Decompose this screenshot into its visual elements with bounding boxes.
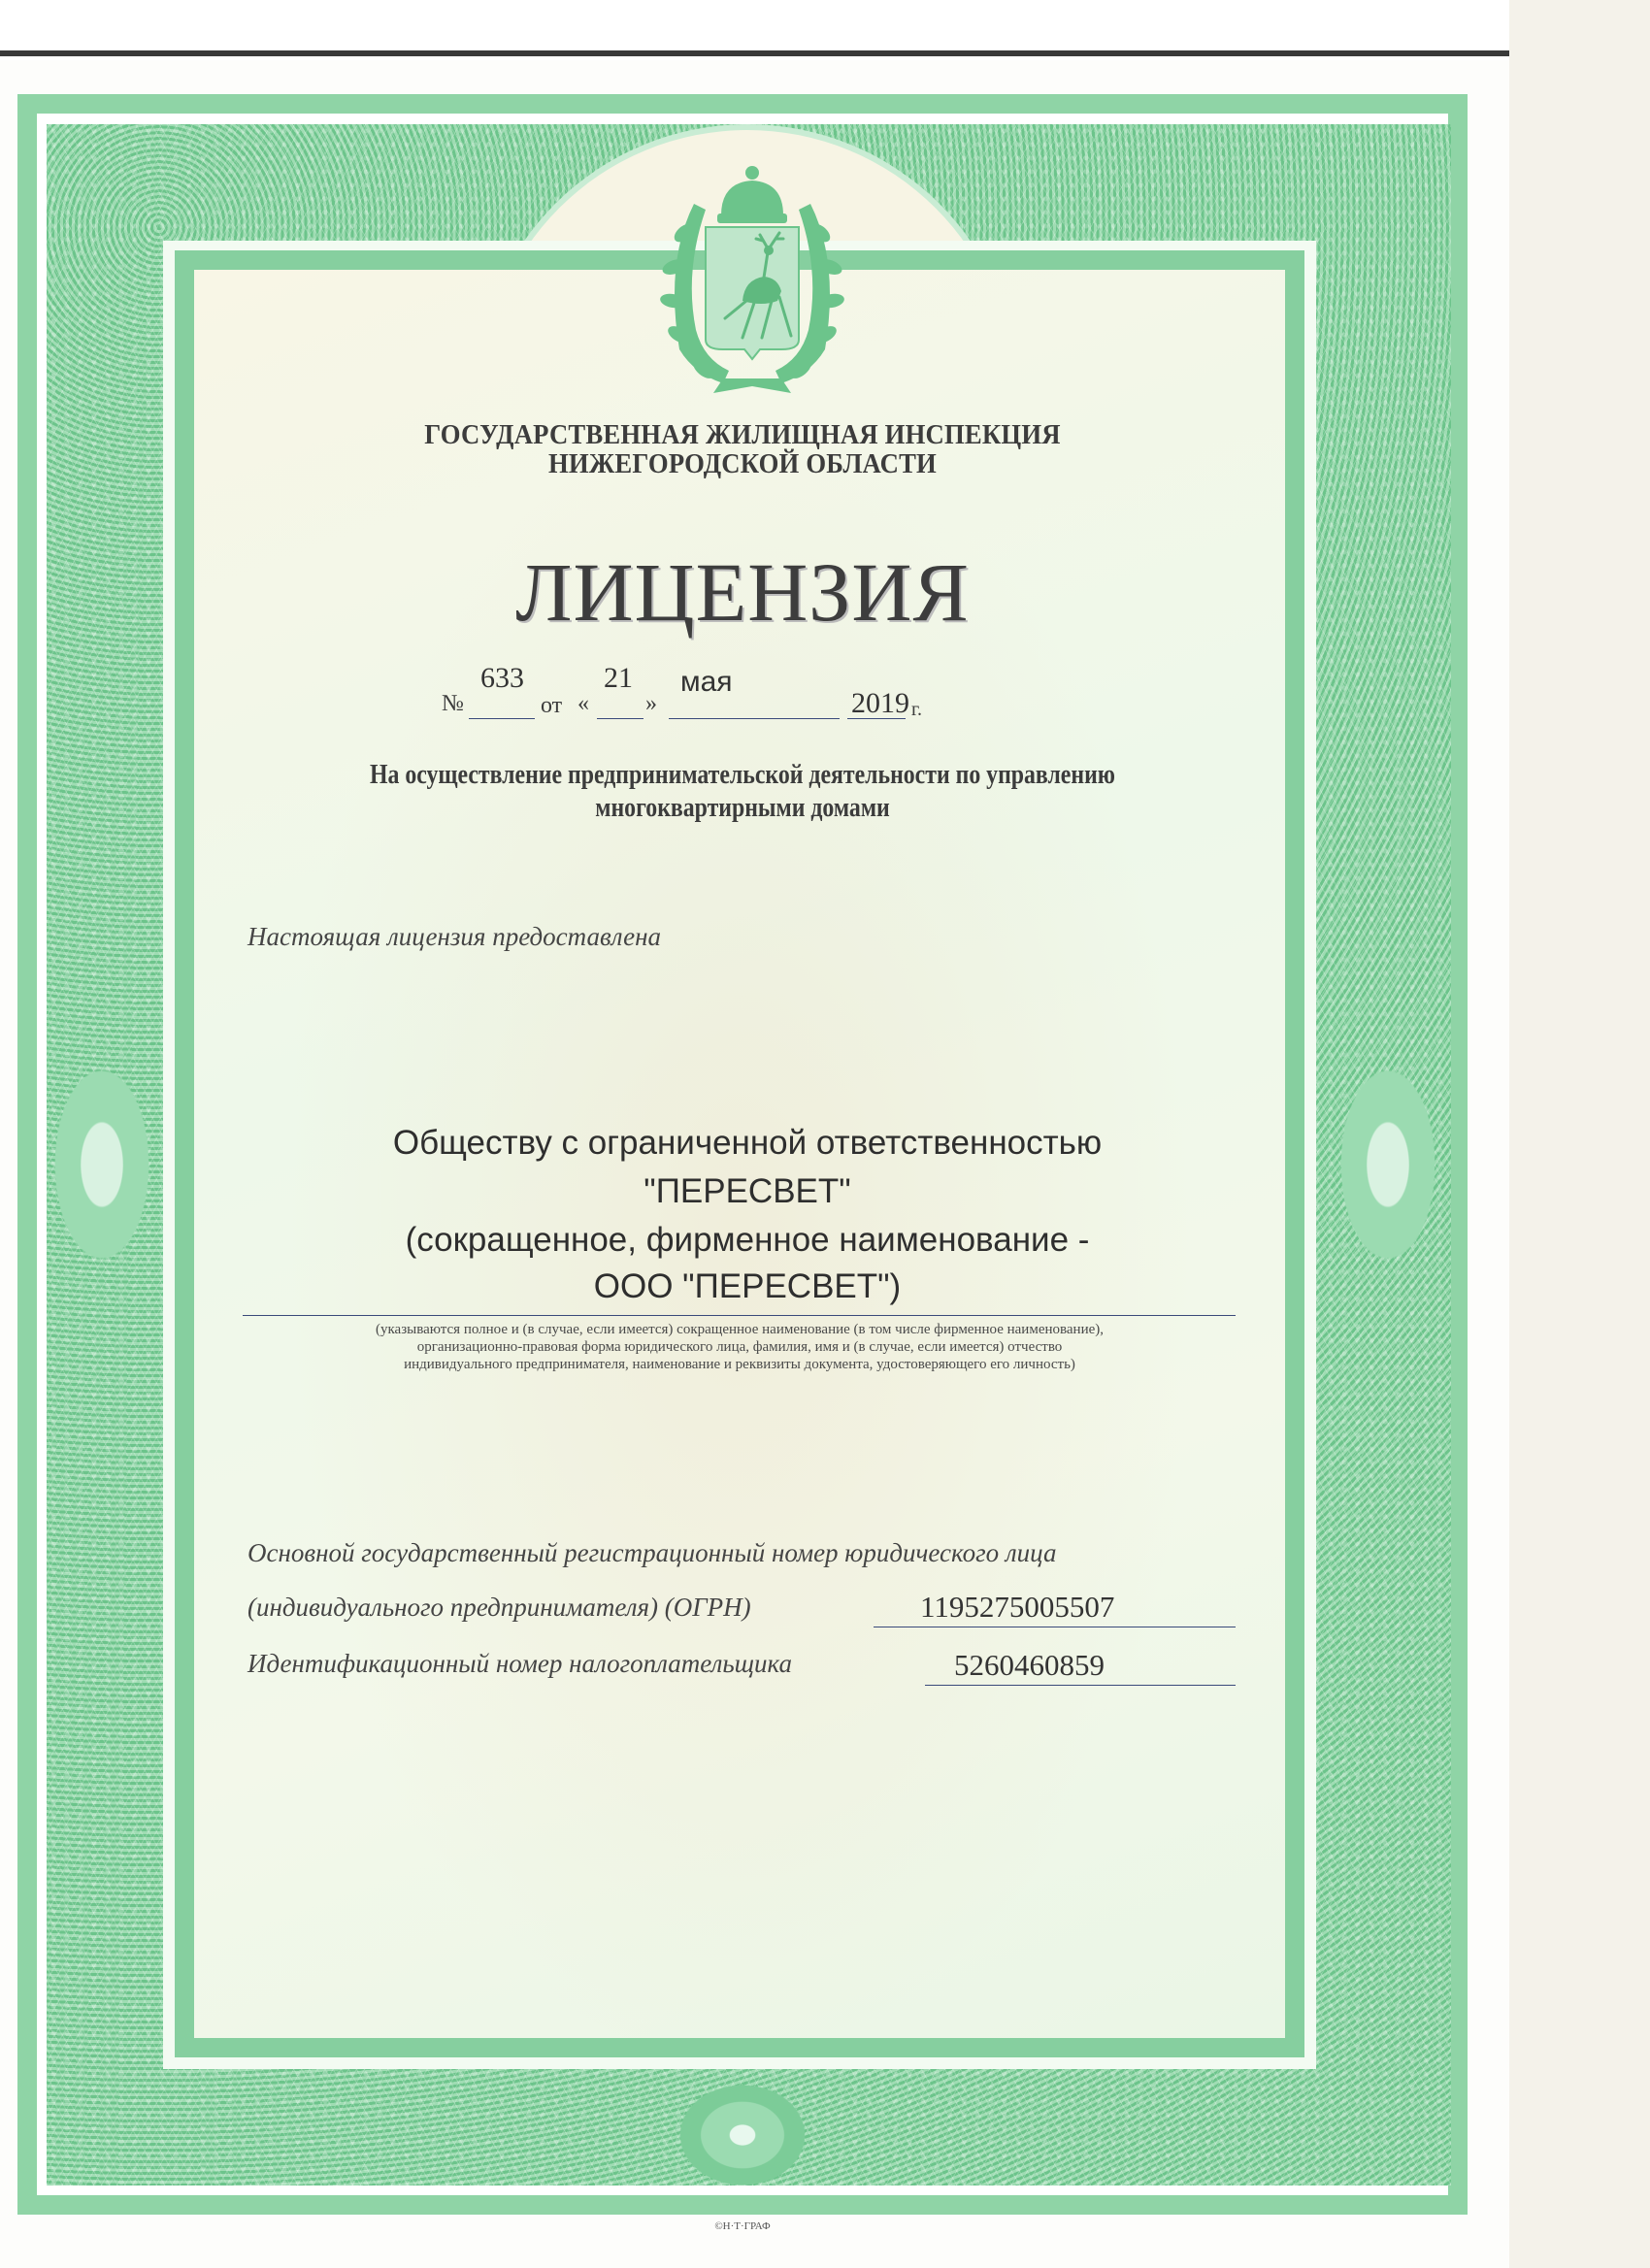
from-label: от (541, 693, 562, 719)
number-sign: № (442, 691, 464, 717)
bottom-ornament-rosette (670, 2077, 815, 2193)
license-number-date-line: № 633 от « 21 » мая 2019 г. (442, 670, 1063, 728)
ogrn-value: 1195275005507 (920, 1590, 1114, 1625)
license-year: 2019 (851, 687, 909, 720)
granted-label: Настоящая лицензия предоставлена (247, 922, 661, 952)
license-month: мая (680, 666, 733, 699)
issuer-name-line1: ГОСУДАРСТВЕННАЯ ЖИЛИЩНАЯ ИНСПЕКЦИЯ (59, 419, 1426, 451)
licensee-name-line3: (сокращенное, фирменное наименование - (233, 1221, 1262, 1260)
printer-mark: ©Н·Т·ГРАФ (0, 2220, 1485, 2232)
license-subject-line2: многоквартирными домами (112, 793, 1374, 824)
nizhny-novgorod-coat-of-arms-icon (636, 155, 869, 398)
day-underline (597, 718, 643, 719)
licensee-name-line2: "ПЕРЕСВЕТ" (233, 1172, 1262, 1211)
licensee-caption-line1: (указываются полное и (в случае, если им… (243, 1322, 1237, 1338)
licensee-name-line4: ООО "ПЕРЕСВЕТ") (233, 1267, 1262, 1306)
license-subject-line1: На осуществление предпринимательской дея… (112, 760, 1374, 791)
inn-underline (925, 1685, 1236, 1686)
license-number: 633 (480, 662, 524, 695)
scan-edge (0, 0, 1509, 60)
quote-close: » (645, 691, 657, 717)
year-suffix: г. (911, 699, 922, 721)
licensee-caption-line3: индивидуального предпринимателя, наимено… (243, 1357, 1237, 1373)
document-title: ЛИЦЕНЗИЯ (0, 543, 1485, 641)
licensee-name-line1: Обществу с ограниченной ответственностью (233, 1124, 1262, 1163)
quote-open: « (577, 691, 589, 717)
month-underline (669, 718, 840, 719)
number-underline (469, 718, 535, 719)
license-day: 21 (604, 662, 633, 695)
ogrn-label-line2: (индивидуального предпринимателя) (ОГРН) (247, 1593, 751, 1623)
right-ornament-medallion (1315, 1019, 1461, 1310)
inn-label: Идентификационный номер налогоплательщик… (247, 1649, 792, 1679)
licensee-caption-line2: организационно-правовая форма юридическо… (243, 1339, 1237, 1356)
issuer-name-line2: НИЖЕГОРОДСКОЙ ОБЛАСТИ (59, 448, 1426, 480)
inn-value: 5260460859 (954, 1648, 1105, 1683)
ogrn-label-line1: Основной государственный регистрационный… (247, 1538, 1056, 1568)
ogrn-underline (874, 1627, 1236, 1627)
licensee-underline (243, 1315, 1236, 1316)
left-ornament-medallion (29, 1019, 175, 1310)
